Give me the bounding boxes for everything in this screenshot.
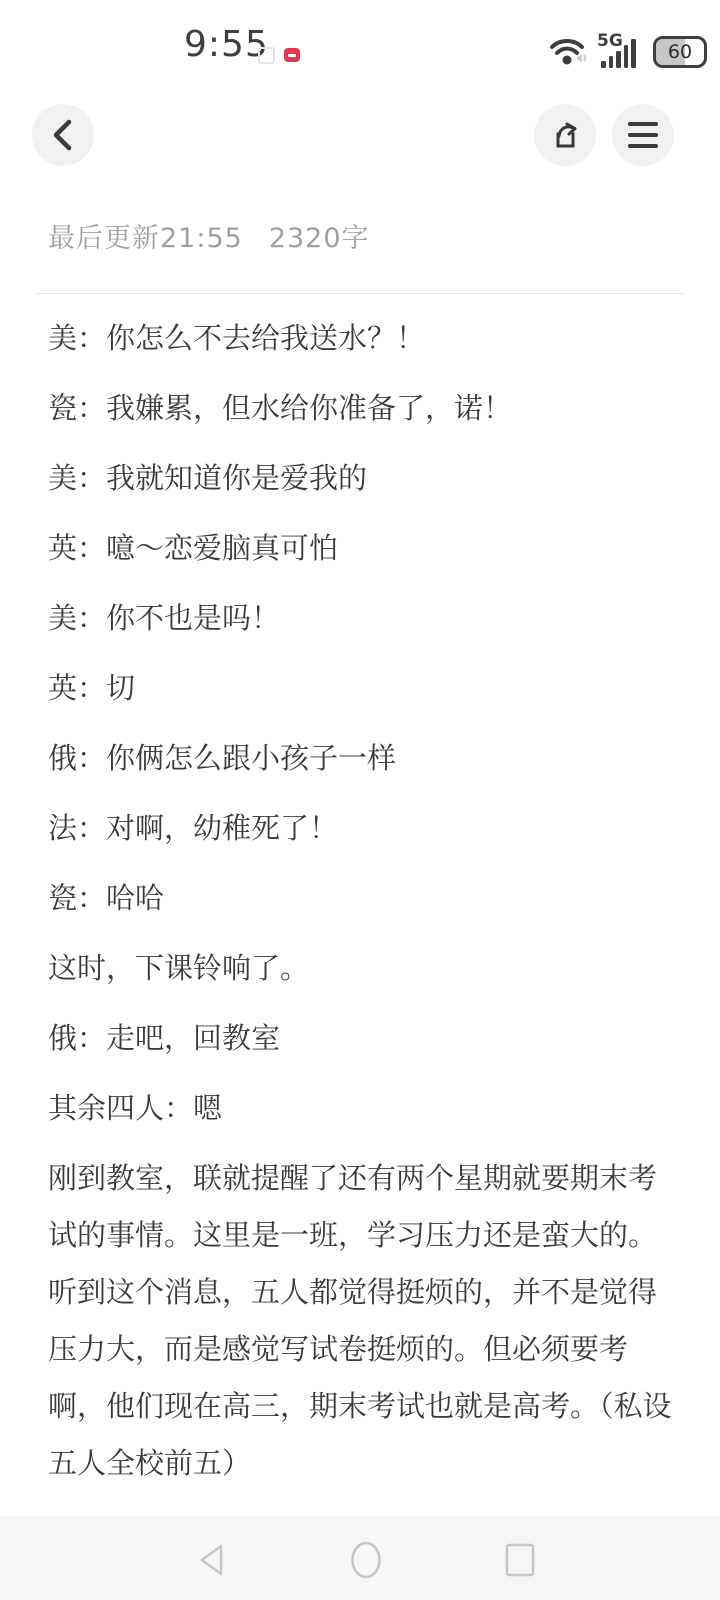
- last-updated-label: 最后更新21:55: [48, 216, 243, 255]
- toolbar: [0, 104, 720, 166]
- note-paragraph: 这时，下课铃响了。: [48, 940, 674, 997]
- note-paragraph: 瓷：哈哈: [48, 870, 674, 927]
- wifi-icon: [549, 35, 589, 69]
- note-paragraph: 瓷：我嫌累，但水给你准备了，诺！: [48, 380, 674, 437]
- red-badge-icon: [284, 48, 300, 62]
- note-paragraph: 其余四人：嗯: [48, 1080, 674, 1137]
- word-count-label: 2320字: [269, 216, 370, 255]
- share-icon: [547, 117, 583, 153]
- signal-strength-bars: [601, 39, 636, 68]
- note-paragraph: 法：对啊，幼稚死了！: [48, 800, 674, 857]
- note-paragraph: 美：你怎么不去给我送水？！: [48, 310, 674, 367]
- note-paragraph: 英：切: [48, 660, 674, 717]
- nav-back-button[interactable]: [192, 1540, 232, 1580]
- note-paragraph: 俄：你俩怎么跟小孩子一样: [48, 730, 674, 787]
- note-paragraph: 俄：走吧，回教室: [48, 1010, 674, 1067]
- notification-dot-icon: [258, 47, 275, 64]
- battery-icon: 60: [653, 36, 706, 68]
- status-bar-right: 5G 60: [549, 34, 706, 70]
- nav-recents-button[interactable]: [500, 1540, 540, 1580]
- note-page: 9:55 5G: [0, 0, 720, 1600]
- battery-percentage: 60: [656, 39, 704, 65]
- nav-home-circle-icon: [349, 1540, 383, 1580]
- nav-home-button[interactable]: [346, 1540, 386, 1580]
- status-bar: 9:55 5G: [0, 0, 720, 90]
- back-chevron-icon: [48, 117, 78, 153]
- share-button[interactable]: [534, 104, 596, 166]
- nav-recents-square-icon: [504, 1541, 536, 1579]
- note-content[interactable]: 美：你怎么不去给我送水？！瓷：我嫌累，但水给你准备了，诺！美：我就知道你是爱我的…: [48, 293, 674, 1515]
- note-paragraph: 美：你不也是吗！: [48, 590, 674, 647]
- note-paragraph: 英：噫～恋爱脑真可怕: [48, 520, 674, 577]
- android-nav-bar: [0, 1516, 720, 1600]
- hamburger-menu-icon: [628, 122, 658, 148]
- menu-button[interactable]: [612, 104, 674, 166]
- note-meta: 最后更新21:55 2320字: [48, 216, 370, 255]
- signal-bars-icon: 5G: [597, 34, 645, 70]
- clock: 9:55: [184, 24, 269, 65]
- nav-back-triangle-icon: [197, 1542, 227, 1578]
- note-paragraph: 美：我就知道你是爱我的: [48, 450, 674, 507]
- back-button[interactable]: [32, 104, 94, 166]
- note-paragraph: 刚到教室，联就提醒了还有两个星期就要期末考试的事情。这里是一班，学习压力还是蛮大…: [48, 1150, 674, 1492]
